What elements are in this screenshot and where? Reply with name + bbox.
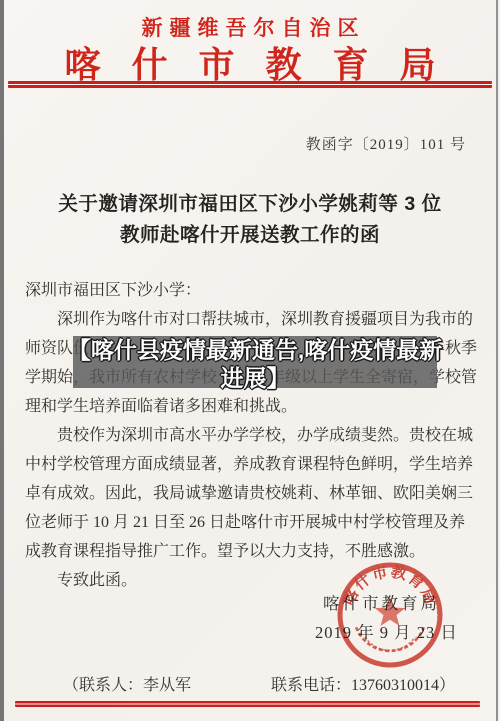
watermark-overlay-line1: 【喀什县疫情最新通告,喀什疫情最新 [68,336,442,364]
body-line: 贵校作为深圳市高水平办学学校，办学成绩斐然。贵校在城 [25,421,477,450]
scanned-official-letter: 新疆维吾尔自治区 喀什市教育局 教函字〔2019〕101 号 关于邀请深圳市福田… [0,0,500,721]
contact-person: （联系人：李从军 [63,672,191,695]
letter-title: 关于邀请深圳市福田区下沙小学姚莉等 3 位 教师赴喀什开展送教工作的函 [0,189,500,251]
body-line: 卓有成效。因此，我局诚挚邀请贵校姚莉、林革钿、欧阳美娴三 [25,479,477,508]
document-number: 教函字〔2019〕101 号 [306,133,466,154]
footer-divider-rule [15,701,480,707]
letter-title-line1: 关于邀请深圳市福田区下沙小学姚莉等 3 位 [0,189,500,220]
salutation: 深圳市福田区下沙小学： [25,276,477,305]
letter-title-line2: 教师赴喀什开展送教工作的函 [0,220,500,251]
scan-edge-left [0,0,4,721]
scan-edge-right [496,0,498,721]
body-line: 中村学校管理方面成绩显著，养成教育课程特色鲜明，学生培养 [25,450,477,479]
body-line: 理和学生培养面临着诸多困难和挑战。 [25,392,477,421]
body-line: 位老师于 10 月 21 日至 26 日赴喀什市开展城中村学校管理及养 [25,508,477,537]
letterhead-divider-rule [8,81,492,88]
watermark-overlay-banner: 【喀什县疫情最新通告,喀什疫情最新 进展】 [73,336,437,388]
official-red-seal: 喀什市教育局 0425000101E0 [328,555,456,677]
letter-body: 深圳市福田区下沙小学： 深圳作为喀什市对口帮扶城市，深圳教育援疆项目为我市的 师… [25,276,477,595]
watermark-overlay-line2: 进展】 [221,364,290,392]
seal-star-icon [375,597,405,626]
body-line: 深圳作为喀什市对口帮扶城市，深圳教育援疆项目为我市的 [25,305,477,334]
seal-uyghur-script-arc2 [365,637,415,650]
